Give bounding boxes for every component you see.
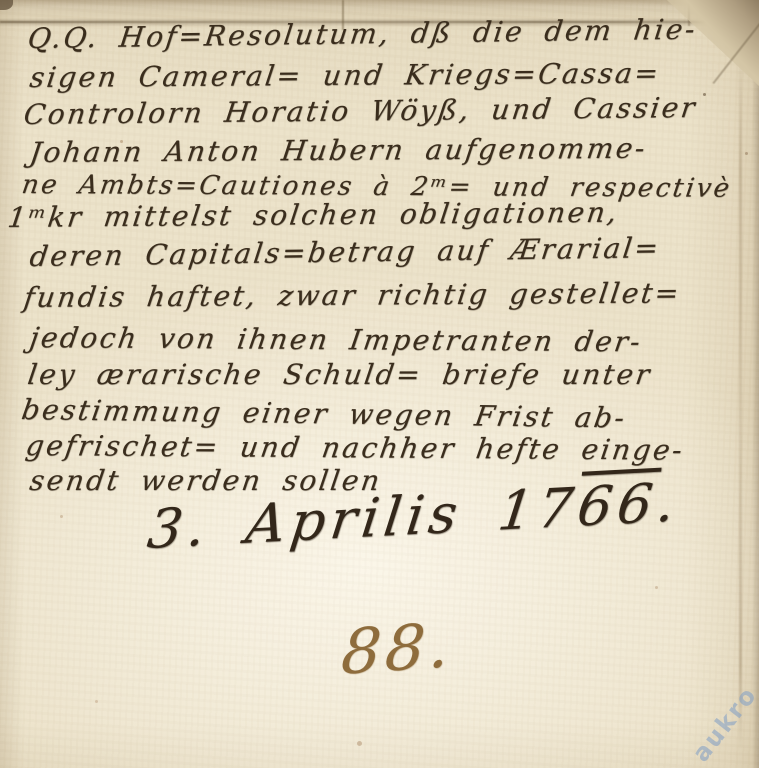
manuscript-line: bestimmung einer wegen Frist ab- — [19, 393, 629, 434]
aukro-watermark: aukro — [687, 681, 759, 767]
manuscript-line: deren Capitals=betrag auf Ærarial= — [28, 231, 663, 273]
manuscript-line: ley ærarische Schuld= briefe unter — [26, 358, 654, 391]
manuscript-line: Johann Anton Hubern aufgenomme- — [28, 132, 649, 169]
right-edge-crease — [739, 45, 742, 750]
scanned-manuscript-page: Q.Q. Hof=Resolutum, dß die dem hie- sige… — [0, 0, 759, 768]
manuscript-line: sigen Cameral= und Kriegs=Cassa= — [28, 57, 663, 94]
manuscript-line: Q.Q. Hof=Resolutum, dß die dem hie- — [26, 13, 699, 55]
manuscript-line: fundis haftet, zwar richtig gestellet= — [22, 276, 683, 314]
manuscript-line: jedoch von ihnen Impetranten der- — [28, 321, 645, 358]
top-left-ink-blotch — [0, 0, 13, 10]
manuscript-line: gefrischet= und nachher hefte einge- — [24, 429, 687, 467]
manuscript-line: 1ᵐkr mittelst solchen obligationen, — [6, 196, 621, 234]
date-overlined-digits: 66 — [574, 472, 661, 539]
manuscript-line: Controlorn Horatio Wöyß, und Cassier — [22, 91, 699, 131]
folio-number: 88. — [339, 608, 456, 689]
